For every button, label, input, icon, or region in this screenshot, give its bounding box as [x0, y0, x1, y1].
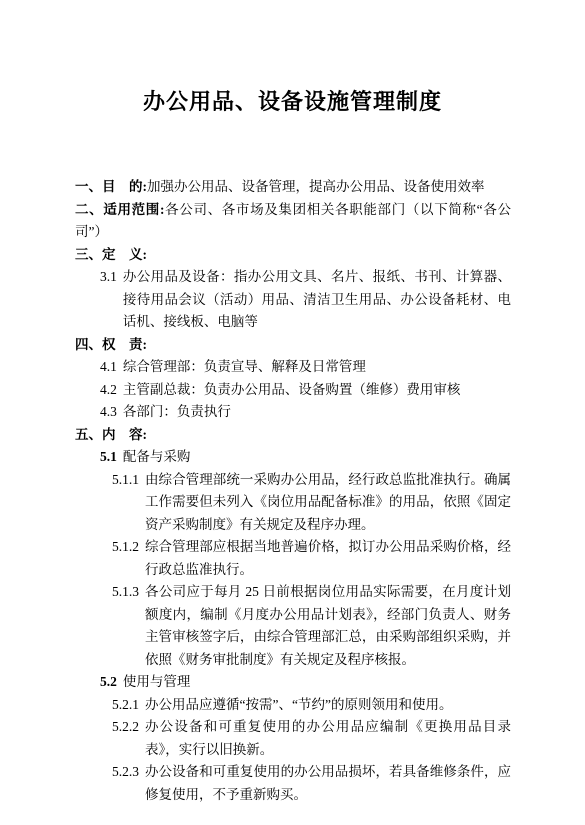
- subclause-5-2-1: 5.2.1办公用品应遵循“按需”、“节约”的原则领用和使用。: [112, 694, 511, 717]
- clause-text: 各部门：负责执行: [123, 401, 511, 424]
- subclause-5-2-2: 5.2.2办公设备和可重复使用的办公用品应编制《更换用品目录表》，实行以旧换新。: [112, 716, 511, 761]
- subclause-5-1-2: 5.1.2综合管理部应根据当地普遍价格，拟订办公用品采购价格，经行政总监准执行。: [112, 536, 511, 581]
- subclause-text: 办公设备和可重复使用的办公用品应编制《更换用品目录表》，实行以旧换新。: [145, 716, 511, 761]
- clause-number: 4.3: [100, 401, 123, 424]
- clause-3-1: 3.1办公用品及设备：指办公用文具、名片、报纸、书刊、计算器、接待用品会议（活动…: [100, 266, 511, 334]
- clause-5-1: 5.1配备与采购: [100, 446, 511, 469]
- subclause-number: 5.2.1: [112, 694, 145, 717]
- subclause-text: 办公设备和可重复使用的办公用品损坏，若具备维修条件，应修复使用，不予重新购买。: [145, 761, 511, 806]
- clause-text: 使用与管理: [123, 671, 511, 694]
- section-heading-scope: 二、适用范围:各公司、各市场及集团相关各职能部门（以下简称“各公司”）: [75, 199, 511, 244]
- section-heading-responsibility: 四、权 责:: [75, 334, 511, 357]
- section-label: 二、适用范围:: [75, 202, 164, 217]
- clause-4-3: 4.3各部门：负责执行: [100, 401, 511, 424]
- section-text: 加强办公用品、设备管理，提高办公用品、设备使用效率: [147, 179, 485, 194]
- clause-number: 5.1: [100, 446, 123, 469]
- document-page: 办公用品、设备设施管理制度 一、目 的:加强办公用品、设备管理，提高办公用品、设…: [0, 0, 585, 825]
- section-label: 四、权 责:: [75, 337, 147, 352]
- document-body: 一、目 的:加强办公用品、设备管理，提高办公用品、设备使用效率 二、适用范围:各…: [75, 176, 511, 806]
- subclause-text: 各公司应于每月 25 日前根据岗位用品实际需要，在月度计划额度内，编制《月度办公…: [145, 581, 511, 671]
- subclause-5-2-3: 5.2.3办公设备和可重复使用的办公用品损坏，若具备维修条件，应修复使用，不予重…: [112, 761, 511, 806]
- section-label: 一、目 的:: [75, 179, 147, 194]
- subclause-5-1-1: 5.1.1由综合管理部统一采购办公用品，经行政总监批准执行。确属工作需要但未列入…: [112, 469, 511, 537]
- clause-number: 4.2: [100, 379, 123, 402]
- subclause-text: 办公用品应遵循“按需”、“节约”的原则领用和使用。: [145, 694, 511, 717]
- clause-number: 3.1: [100, 266, 123, 334]
- section-heading-purpose: 一、目 的:加强办公用品、设备管理，提高办公用品、设备使用效率: [75, 176, 511, 199]
- subclause-number: 5.1.1: [112, 469, 145, 537]
- clause-text: 配备与采购: [123, 446, 511, 469]
- clause-text: 办公用品及设备：指办公用文具、名片、报纸、书刊、计算器、接待用品会议（活动）用品…: [123, 266, 511, 334]
- subclause-number: 5.1.3: [112, 581, 145, 671]
- clause-text: 主管副总裁：负责办公用品、设备购置（维修）费用审核: [123, 379, 511, 402]
- section-label: 五、内 容:: [75, 427, 147, 442]
- clause-number: 5.2: [100, 671, 123, 694]
- subclause-text: 由综合管理部统一采购办公用品，经行政总监批准执行。确属工作需要但未列入《岗位用品…: [145, 469, 511, 537]
- clause-5-2: 5.2使用与管理: [100, 671, 511, 694]
- subclause-text: 综合管理部应根据当地普遍价格，拟订办公用品采购价格，经行政总监准执行。: [145, 536, 511, 581]
- clause-4-2: 4.2主管副总裁：负责办公用品、设备购置（维修）费用审核: [100, 379, 511, 402]
- subclause-number: 5.2.3: [112, 761, 145, 806]
- subclause-number: 5.2.2: [112, 716, 145, 761]
- subclause-number: 5.1.2: [112, 536, 145, 581]
- clause-4-1: 4.1综合管理部：负责宣导、解释及日常管理: [100, 356, 511, 379]
- clause-number: 4.1: [100, 356, 123, 379]
- document-title: 办公用品、设备设施管理制度: [0, 0, 585, 118]
- clause-text: 综合管理部：负责宣导、解释及日常管理: [123, 356, 511, 379]
- section-heading-content: 五、内 容:: [75, 424, 511, 447]
- section-label: 三、定 义:: [75, 247, 147, 262]
- subclause-5-1-3: 5.1.3各公司应于每月 25 日前根据岗位用品实际需要，在月度计划额度内，编制…: [112, 581, 511, 671]
- section-heading-definition: 三、定 义:: [75, 244, 511, 267]
